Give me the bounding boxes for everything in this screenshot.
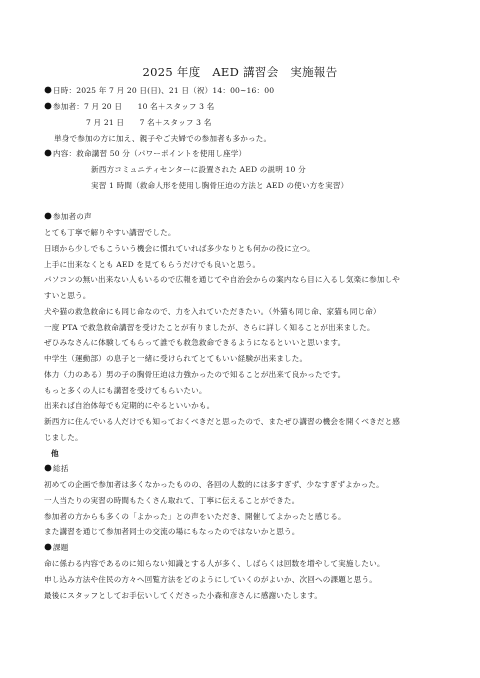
- issues-heading: 課題: [44, 543, 69, 553]
- content-line-1: 内容：救命講習 50 分（パワーポイントを使用し座学）: [44, 149, 246, 159]
- bullet-icon: [45, 103, 52, 110]
- voice-item: すいと思う。: [44, 291, 90, 301]
- summary-item: また講習を通じて参加者同士の交流の場にもなったのではないかと思う。: [44, 527, 300, 537]
- voice-item: じました。: [44, 433, 83, 443]
- content-line-2: 新西方コミュニティセンターに設置された AED の説明 10 分: [91, 165, 306, 175]
- summary-item: 参加者の方からも多くの「よかった」との声をいただき、開催してよかったと感じる。: [44, 512, 346, 522]
- voice-item: 体力（力のある）男の子の胸骨圧迫は力強かったので知ることが出来て良かったです。: [44, 370, 345, 380]
- issue-item: 最後にスタッフとしてお手伝いしてくださった小森和彦さんに感謝いたします。: [44, 591, 322, 601]
- datetime-line: 日時：2025 年 7 月 20 日(日)、21 日（祝）14：00~16：00: [44, 86, 274, 96]
- bullet-icon: [45, 465, 52, 472]
- document-title: 2025 年度 AED 講習会 実施報告: [0, 64, 480, 80]
- attendees-note: 単身で参加の方に加え、親子やご夫婦での参加者も多かった。: [54, 134, 271, 144]
- issue-item: 申し込み方法や住民の方々へ回覧方法をどのようにしていくのがよいか、次回への課題と…: [44, 575, 377, 585]
- attendees-line-1: 参加者：7 月 20 日 10 名＋スタッフ 3 名: [44, 102, 214, 112]
- voice-item: 犬や猫の救急救命にも同じ命なので、力を入れていただきたい。（外猫も同じ命、家猫も…: [44, 307, 381, 317]
- voice-item: 出来れば自治体毎でも定期的にやるといいかも。: [44, 401, 214, 411]
- bullet-icon: [45, 87, 52, 94]
- voice-item: 上手に出来なくとも AED を見てもらうだけでも良いと思う。: [44, 260, 260, 270]
- voices-heading: 参加者の声: [44, 212, 92, 222]
- issue-item: 命に係わる内容であるのに知らない知識とする人が多く、しばらくは回数を増やして実施…: [44, 559, 385, 569]
- content-line-3: 実習 1 時間（救命人形を使用し胸骨圧迫の方法と AED の使い方を実習）: [91, 181, 348, 191]
- summary-heading: 総括: [44, 464, 69, 474]
- bullet-icon: [45, 213, 52, 220]
- document-page: 2025 年度 AED 講習会 実施報告 日時：2025 年 7 月 20 日(…: [0, 0, 480, 678]
- attendees-line-2: 7 月 21 日 7 名＋スタッフ 3 名: [86, 118, 211, 128]
- voice-item: もっと多くの人にも講習を受けてもらいたい。: [44, 386, 207, 396]
- bullet-icon: [45, 150, 52, 157]
- summary-item: 初めての企画で参加者は多くなかったものの、各回の人数的には多すぎず、少なすぎずよ…: [44, 480, 384, 490]
- voice-item: 中学生（運動部）の息子と一緒に受けられてとてもいい経験が出来ました。: [44, 354, 307, 364]
- voice-item: とても丁寧で解りやすい講習でした。: [44, 228, 176, 238]
- voice-item: 新西方に住んでいる人だけでも知っておくべきだと思ったので、またぜひ講習の機会を開…: [44, 417, 400, 427]
- voice-item: 一度 PTA で救急救命講習を受けたことが有りましたが、さらに詳しく知ることが出…: [44, 323, 375, 333]
- voice-item: パソコンの無い出来ない人もいるので広報を通じてや自治会からの案内なら目に入るし気…: [44, 275, 400, 285]
- summary-item: 一人当たりの実習の時間もたくさん取れて、丁寧に伝えることができた。: [44, 496, 299, 506]
- voice-item: ぜひみなさんに体験してもらって誰でも救急救命できるようになるといいと思います。: [44, 338, 345, 348]
- voices-other: 他: [51, 449, 59, 459]
- voice-item: 日頃から少しでもこういう機会に慣れていれば多少なりとも何かの役に立つ。: [44, 244, 315, 254]
- bullet-icon: [45, 544, 52, 551]
